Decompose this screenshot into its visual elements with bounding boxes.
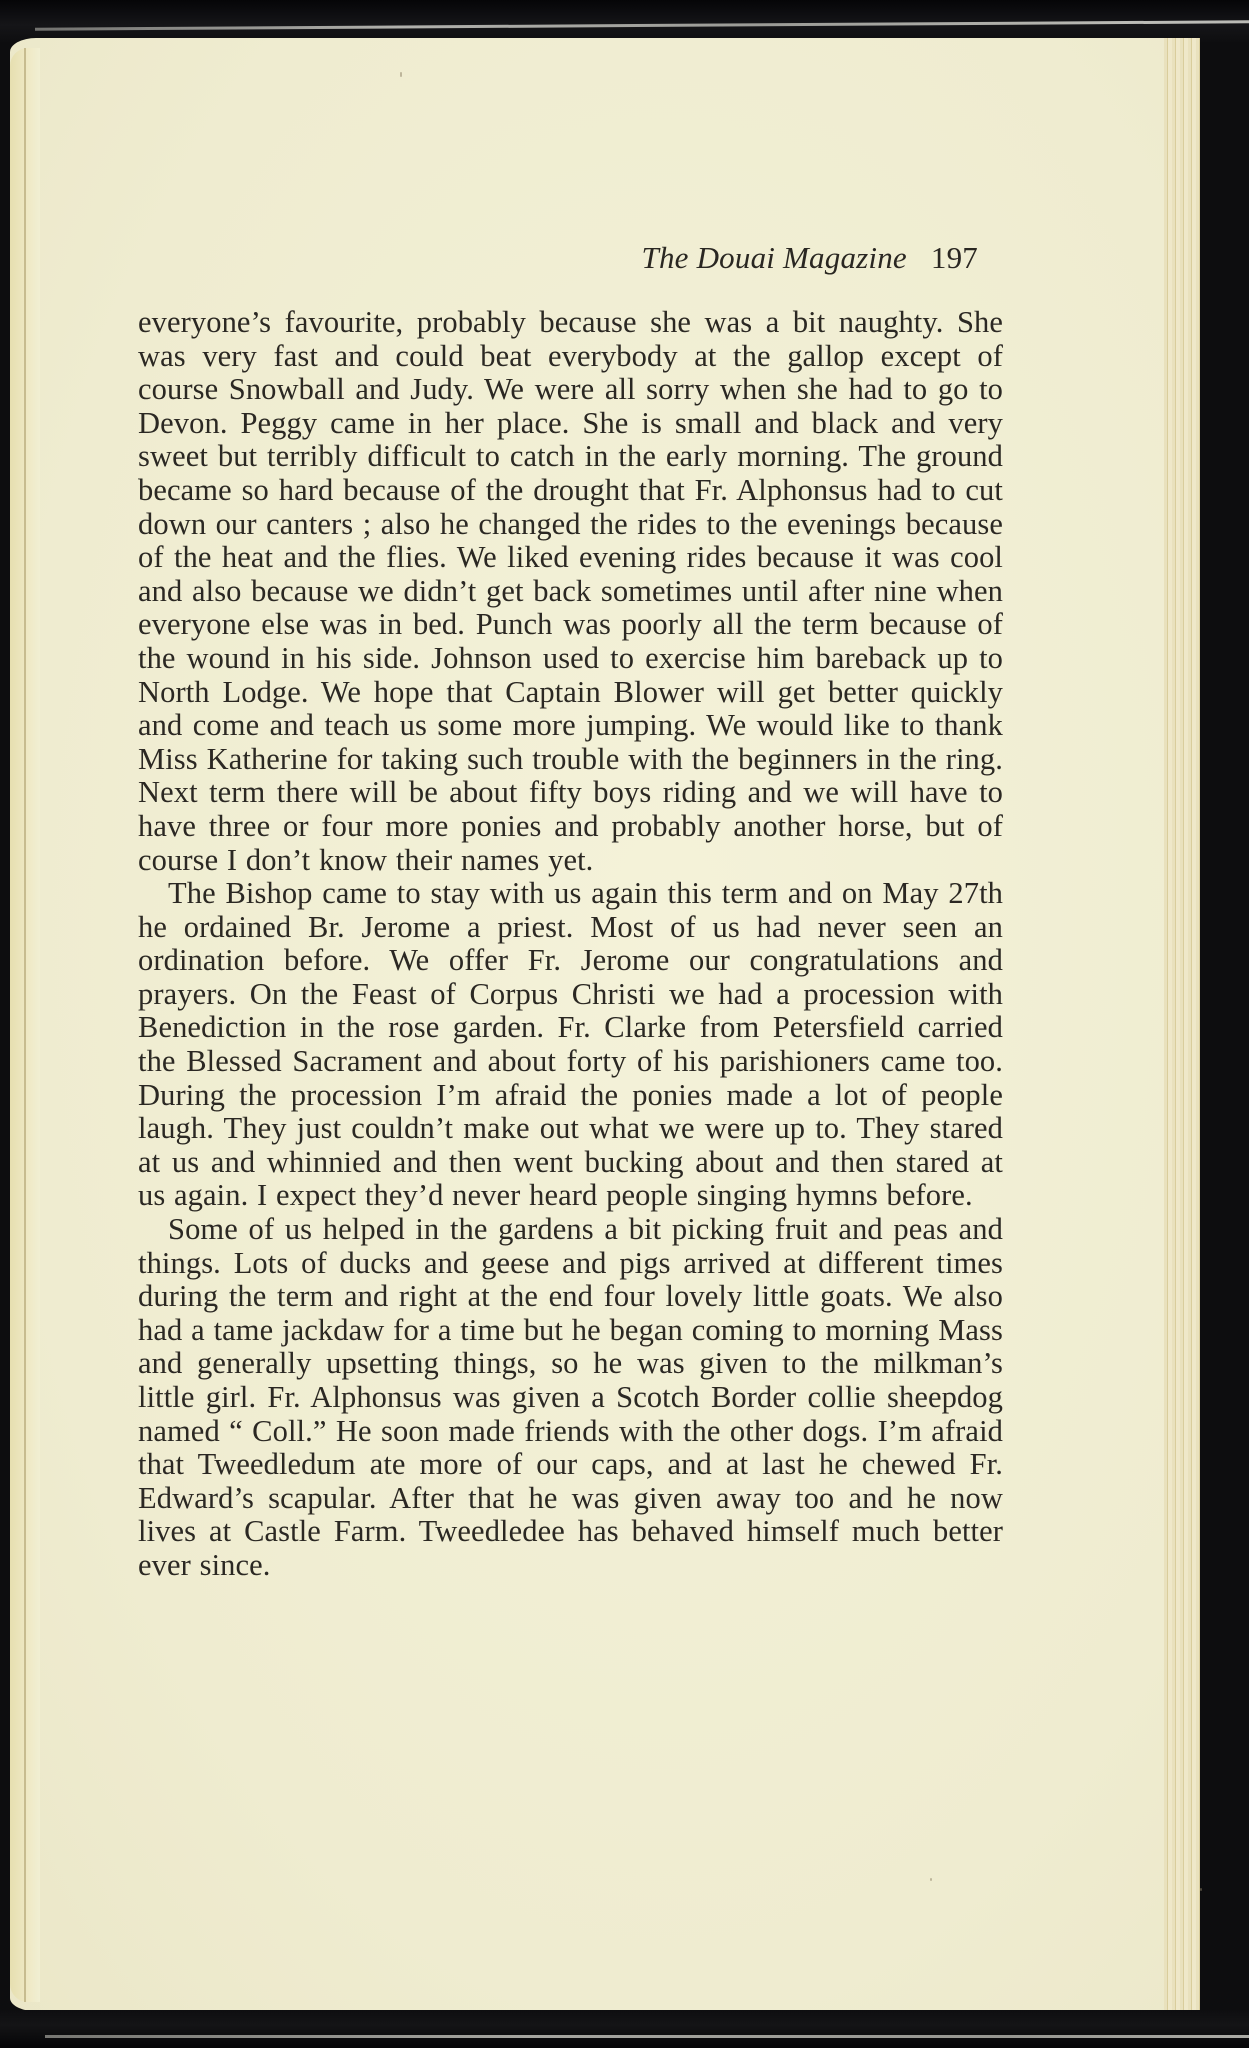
body-text: everyone’s favourite, probably because s…	[138, 306, 1003, 1583]
book-page: The Douai Magazine197 everyone’s favouri…	[10, 38, 1200, 2012]
book-cover-top-edge	[0, 0, 1249, 42]
page-fore-edge	[1164, 38, 1200, 2012]
book-cover-bottom-edge	[0, 2010, 1249, 2048]
paper-speck	[400, 72, 402, 77]
paragraph-riding: everyone’s favourite, probably because s…	[138, 306, 1003, 877]
paragraph-ordination: The Bishop came to stay with us again th…	[138, 877, 1003, 1213]
paper-speck	[930, 1878, 932, 1881]
paper-speck	[1200, 1888, 1202, 1891]
running-head: The Douai Magazine197	[642, 240, 978, 276]
publication-title: The Douai Magazine	[642, 240, 907, 275]
page-gutter	[10, 48, 40, 2002]
paragraph-gardens-animals: Some of us helped in the gardens a bit p…	[138, 1213, 1003, 1583]
page-number: 197	[931, 240, 978, 275]
